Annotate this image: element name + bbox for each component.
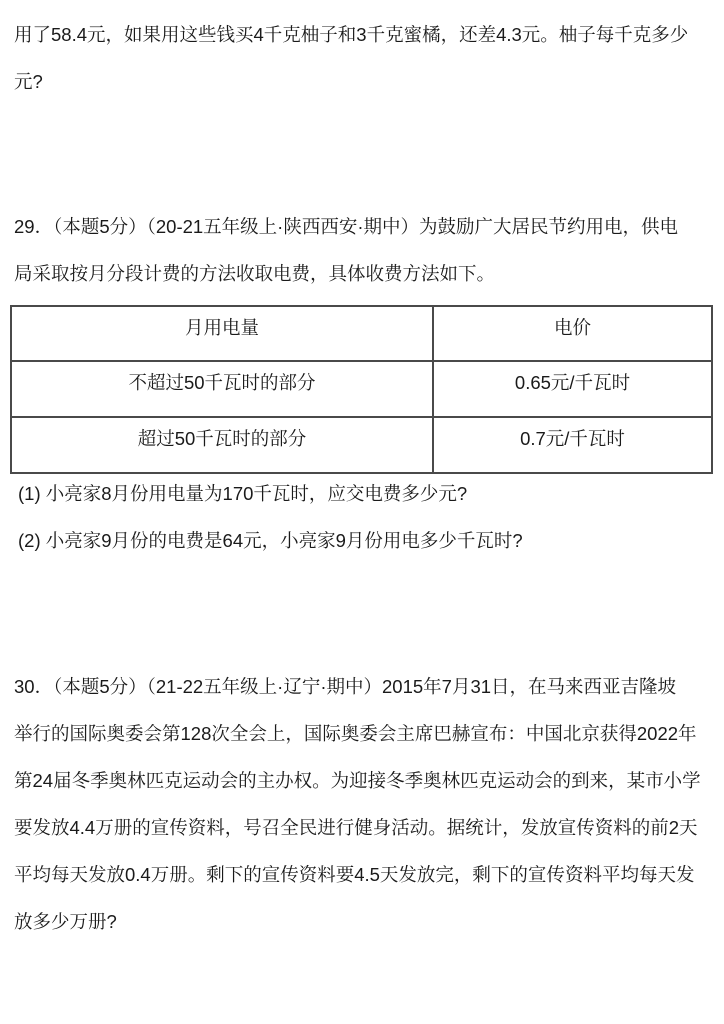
table-header-monthly-usage: 月用电量 bbox=[11, 306, 433, 361]
table-row: 不超过50千瓦时的部分 0.65元/千瓦时 bbox=[11, 361, 712, 417]
previous-question-continuation: 用了58.4元，如果用这些钱买4千克柚子和3千克蜜橘，还差4.3元。柚子每千克多… bbox=[14, 11, 712, 105]
text-line: 举行的国际奥委会第128次全会上，国际奥委会主席巴赫宣布：中国北京获得2022年 bbox=[14, 710, 712, 757]
electricity-pricing-table: 月用电量 电价 不超过50千瓦时的部分 0.65元/千瓦时 超过50千瓦时的部分… bbox=[10, 305, 713, 474]
table-cell-price-tier-2: 0.7元/千瓦时 bbox=[433, 417, 712, 473]
text-line: 30．（本题5分）（21-22五年级上·辽宁·期中）2015年7月31日，在马来… bbox=[14, 663, 712, 710]
text-line: 放多少万册? bbox=[14, 898, 712, 945]
table-header-row: 月用电量 电价 bbox=[11, 306, 712, 361]
question-29-sub-questions: (1) 小亮家8月份用电量为170千瓦时，应交电费多少元? (2) 小亮家9月份… bbox=[18, 470, 712, 564]
text-line: 用了58.4元，如果用这些钱买4千克柚子和3千克蜜橘，还差4.3元。柚子每千克多… bbox=[14, 11, 712, 58]
text-line: 第24届冬季奥林匹克运动会的主办权。为迎接冬季奥林匹克运动会的到来，某市小学 bbox=[14, 757, 712, 804]
table-header-price: 电价 bbox=[433, 306, 712, 361]
table-row: 超过50千瓦时的部分 0.7元/千瓦时 bbox=[11, 417, 712, 473]
exam-page: 用了58.4元，如果用这些钱买4千克柚子和3千克蜜橘，还差4.3元。柚子每千克多… bbox=[0, 0, 724, 1024]
question-29-part-1: (1) 小亮家8月份用电量为170千瓦时，应交电费多少元? bbox=[18, 470, 712, 517]
text-line: 局采取按月分段计费的方法收取电费，具体收费方法如下。 bbox=[14, 250, 712, 297]
table-cell-price-tier-1: 0.65元/千瓦时 bbox=[433, 361, 712, 417]
text-line: 元? bbox=[14, 58, 712, 105]
text-line: 平均每天发放0.4万册。剩下的宣传资料要4.5天发放完，剩下的宣传资料平均每天发 bbox=[14, 851, 712, 898]
question-30-stem: 30．（本题5分）（21-22五年级上·辽宁·期中）2015年7月31日，在马来… bbox=[14, 663, 712, 945]
table-cell-usage-tier-2: 超过50千瓦时的部分 bbox=[11, 417, 433, 473]
table-cell-usage-tier-1: 不超过50千瓦时的部分 bbox=[11, 361, 433, 417]
text-line: 29．（本题5分）（20-21五年级上·陕西西安·期中）为鼓励广大居民节约用电，… bbox=[14, 203, 712, 250]
text-line: 要发放4.4万册的宣传资料，号召全民进行健身活动。据统计，发放宣传资料的前2天 bbox=[14, 804, 712, 851]
question-29-stem: 29．（本题5分）（20-21五年级上·陕西西安·期中）为鼓励广大居民节约用电，… bbox=[14, 203, 712, 297]
question-29-part-2: (2) 小亮家9月份的电费是64元，小亮家9月份用电多少千瓦时? bbox=[18, 517, 712, 564]
